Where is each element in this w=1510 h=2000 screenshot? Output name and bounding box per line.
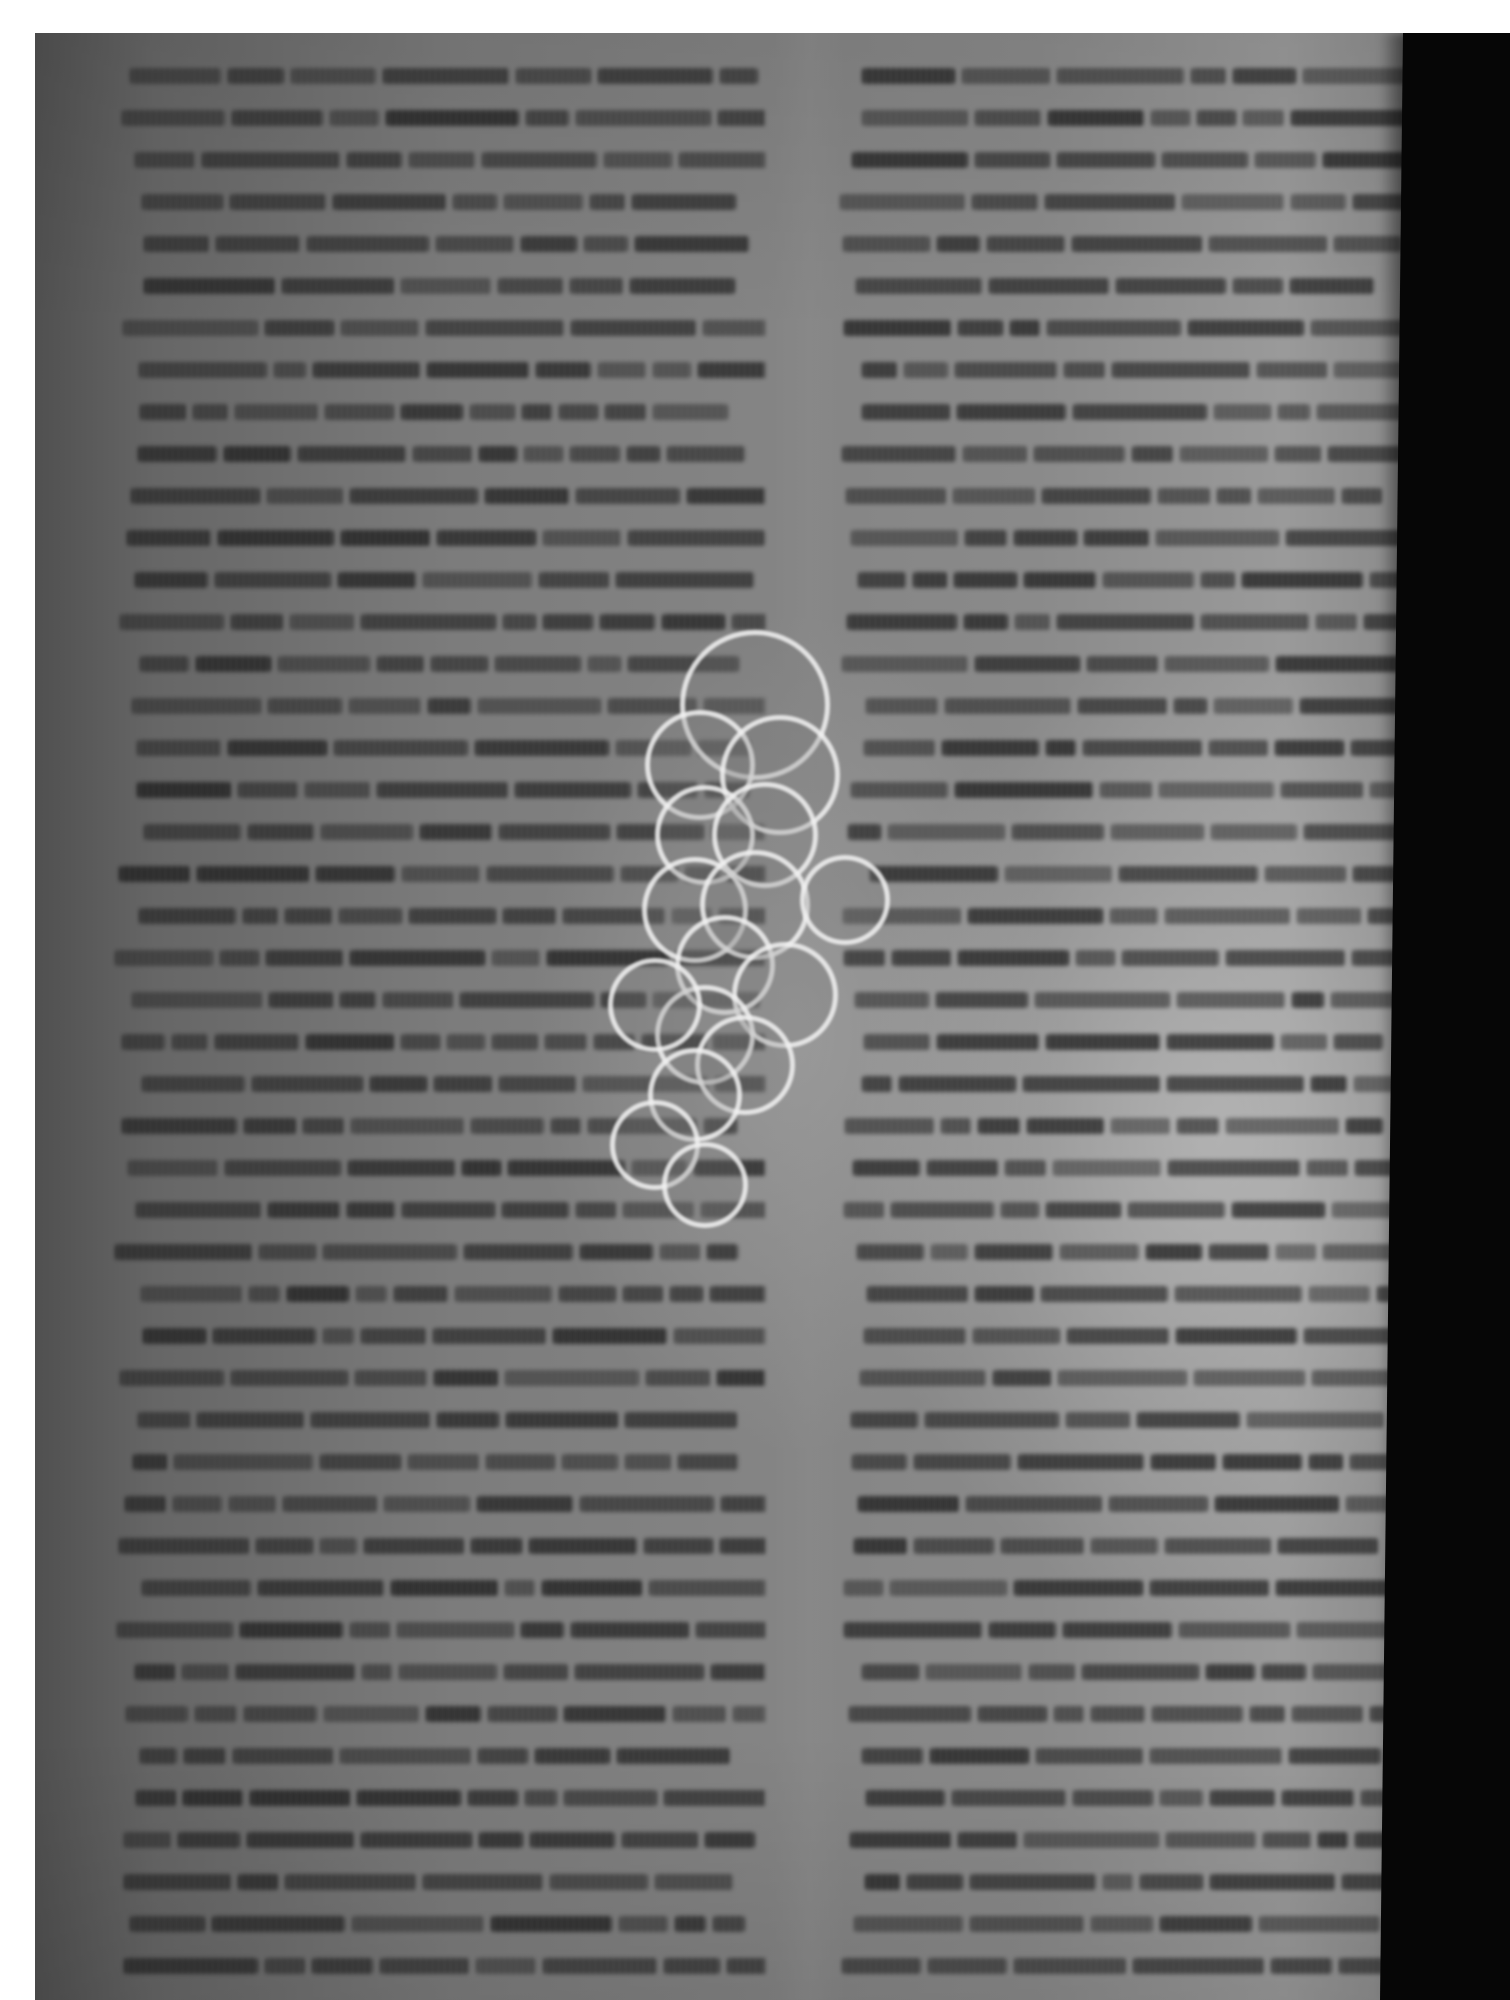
script-word bbox=[130, 1916, 205, 1932]
script-word bbox=[958, 1832, 1017, 1848]
script-line bbox=[115, 517, 765, 559]
script-word bbox=[1057, 68, 1184, 84]
script-word bbox=[383, 992, 453, 1008]
script-word bbox=[1151, 1454, 1216, 1470]
script-word bbox=[1091, 1916, 1153, 1932]
script-word bbox=[1223, 1454, 1302, 1470]
script-word bbox=[462, 1160, 501, 1176]
script-word bbox=[851, 1412, 918, 1428]
script-word bbox=[864, 1328, 966, 1344]
script-word bbox=[1209, 740, 1268, 756]
script-word bbox=[975, 1244, 1053, 1260]
script-word bbox=[324, 1706, 419, 1722]
script-word bbox=[966, 1496, 1102, 1512]
script-word bbox=[851, 782, 948, 798]
script-word bbox=[1259, 1916, 1380, 1932]
script-word bbox=[1014, 1580, 1143, 1596]
script-word bbox=[125, 1496, 166, 1512]
script-line bbox=[115, 433, 765, 475]
script-word bbox=[391, 1580, 498, 1596]
script-word bbox=[953, 488, 1035, 504]
script-line bbox=[115, 139, 765, 181]
script-word bbox=[1226, 1118, 1339, 1134]
script-word bbox=[140, 656, 189, 672]
script-word bbox=[1137, 1412, 1240, 1428]
script-word bbox=[285, 1874, 416, 1890]
script-word bbox=[718, 110, 765, 126]
script-word bbox=[325, 404, 394, 420]
script-word bbox=[1091, 1706, 1145, 1722]
script-line bbox=[840, 1147, 1410, 1189]
script-word bbox=[1091, 1538, 1158, 1554]
script-word bbox=[471, 1538, 522, 1554]
script-word bbox=[1201, 614, 1309, 630]
script-word bbox=[698, 362, 765, 378]
script-word bbox=[1024, 1832, 1159, 1848]
script-line bbox=[840, 307, 1410, 349]
script-word bbox=[892, 950, 951, 966]
script-word bbox=[402, 866, 480, 882]
script-word bbox=[266, 950, 343, 966]
script-word bbox=[617, 1748, 730, 1764]
script-word bbox=[183, 1790, 243, 1806]
script-word bbox=[972, 194, 1038, 210]
script-word bbox=[655, 1874, 733, 1890]
script-line bbox=[115, 1441, 765, 1483]
script-word bbox=[265, 320, 334, 336]
script-line bbox=[115, 1399, 765, 1441]
script-word bbox=[844, 1580, 883, 1596]
script-word bbox=[370, 1076, 427, 1092]
script-word bbox=[1046, 1034, 1160, 1050]
script-word bbox=[1158, 488, 1210, 504]
script-word bbox=[133, 1454, 167, 1470]
script-word bbox=[437, 530, 536, 546]
script-word bbox=[1194, 1370, 1305, 1386]
script-word bbox=[1119, 866, 1258, 882]
script-word bbox=[844, 1622, 982, 1638]
script-word bbox=[321, 824, 413, 840]
script-word bbox=[530, 1832, 615, 1848]
script-word bbox=[178, 1832, 240, 1848]
script-line bbox=[840, 769, 1410, 811]
script-word bbox=[478, 1748, 528, 1764]
script-word bbox=[937, 1034, 1039, 1050]
script-word bbox=[843, 236, 930, 252]
script-word bbox=[955, 362, 1057, 378]
script-word bbox=[252, 1076, 363, 1092]
script-line bbox=[840, 601, 1410, 643]
script-word bbox=[1209, 236, 1327, 252]
script-word bbox=[1247, 1412, 1384, 1428]
script-word bbox=[423, 572, 532, 588]
script-word bbox=[1265, 866, 1346, 882]
script-word bbox=[140, 1748, 177, 1764]
script-word bbox=[598, 362, 646, 378]
script-word bbox=[1140, 1874, 1203, 1890]
script-word bbox=[1250, 1706, 1285, 1722]
script-word bbox=[899, 1076, 1016, 1092]
script-word bbox=[291, 68, 376, 84]
script-word bbox=[989, 278, 1109, 294]
script-word bbox=[124, 1958, 258, 1974]
script-word bbox=[1005, 1160, 1046, 1176]
script-word bbox=[218, 530, 334, 546]
script-word bbox=[521, 236, 577, 252]
script-word bbox=[478, 698, 601, 714]
script-word bbox=[941, 1118, 971, 1134]
script-word bbox=[141, 1286, 242, 1302]
script-word bbox=[580, 1244, 653, 1260]
script-word bbox=[453, 194, 497, 210]
script-word bbox=[243, 908, 278, 924]
script-word bbox=[1082, 1664, 1199, 1680]
right-text-column bbox=[840, 55, 1410, 2000]
script-line bbox=[115, 1819, 765, 1861]
script-word bbox=[703, 320, 765, 336]
script-word bbox=[137, 740, 221, 756]
script-line bbox=[115, 559, 765, 601]
script-word bbox=[334, 740, 468, 756]
script-word bbox=[571, 320, 696, 336]
script-word bbox=[856, 278, 982, 294]
script-word bbox=[428, 698, 471, 714]
script-word bbox=[584, 236, 628, 252]
script-word bbox=[361, 614, 496, 630]
script-word bbox=[231, 1370, 348, 1386]
script-word bbox=[306, 1034, 394, 1050]
script-line bbox=[115, 1651, 765, 1693]
script-word bbox=[120, 614, 224, 630]
script-word bbox=[1243, 110, 1284, 126]
script-word bbox=[491, 1916, 612, 1932]
script-line bbox=[840, 1315, 1410, 1357]
script-word bbox=[215, 572, 331, 588]
script-word bbox=[1036, 1748, 1143, 1764]
script-word bbox=[228, 68, 284, 84]
script-word bbox=[492, 1034, 538, 1050]
script-word bbox=[1292, 1706, 1363, 1722]
script-word bbox=[590, 194, 625, 210]
script-word bbox=[705, 1832, 755, 1848]
script-word bbox=[630, 278, 735, 294]
script-line bbox=[115, 1315, 765, 1357]
script-word bbox=[124, 1874, 231, 1890]
script-word bbox=[1290, 278, 1374, 294]
script-word bbox=[503, 614, 536, 630]
script-word bbox=[653, 404, 728, 420]
script-word bbox=[128, 1160, 218, 1176]
script-word bbox=[434, 1370, 498, 1386]
script-word bbox=[1014, 530, 1077, 546]
script-word bbox=[913, 572, 947, 588]
script-word bbox=[426, 1706, 481, 1722]
stain-circle bbox=[662, 1142, 748, 1228]
script-word bbox=[259, 1244, 316, 1260]
script-word bbox=[1042, 488, 1151, 504]
script-word bbox=[307, 236, 429, 252]
script-line bbox=[840, 1021, 1410, 1063]
script-word bbox=[978, 1706, 1047, 1722]
script-word bbox=[1063, 1622, 1172, 1638]
script-word bbox=[1122, 950, 1219, 966]
script-word bbox=[564, 1706, 666, 1722]
script-word bbox=[137, 782, 231, 798]
script-line bbox=[840, 1651, 1410, 1693]
script-word bbox=[713, 1916, 745, 1932]
script-line bbox=[115, 601, 765, 643]
script-word bbox=[1109, 1496, 1208, 1512]
script-line bbox=[840, 1231, 1410, 1273]
script-word bbox=[955, 782, 1093, 798]
script-word bbox=[989, 1622, 1056, 1638]
script-word bbox=[993, 1370, 1051, 1386]
script-word bbox=[1015, 614, 1050, 630]
script-word bbox=[120, 1370, 224, 1386]
script-word bbox=[235, 404, 318, 420]
script-word bbox=[347, 1202, 395, 1218]
script-word bbox=[135, 572, 208, 588]
script-line bbox=[115, 1357, 765, 1399]
script-word bbox=[361, 1328, 426, 1344]
script-word bbox=[623, 1286, 663, 1302]
script-word bbox=[1275, 740, 1344, 756]
script-word bbox=[570, 278, 623, 294]
script-word bbox=[1276, 1580, 1395, 1596]
script-word bbox=[710, 1286, 765, 1302]
stain-circle bbox=[800, 855, 890, 945]
script-word bbox=[122, 110, 225, 126]
script-word bbox=[571, 1622, 689, 1638]
script-word bbox=[1276, 1244, 1316, 1260]
script-word bbox=[1034, 446, 1125, 462]
script-word bbox=[522, 404, 552, 420]
script-word bbox=[536, 362, 591, 378]
script-word bbox=[535, 1748, 610, 1764]
script-word bbox=[1001, 1202, 1039, 1218]
script-word bbox=[542, 1580, 642, 1596]
script-word bbox=[380, 1958, 469, 1974]
script-word bbox=[1342, 488, 1382, 504]
script-word bbox=[521, 1622, 564, 1638]
script-word bbox=[132, 698, 261, 714]
script-word bbox=[1206, 1664, 1255, 1680]
script-word bbox=[937, 236, 980, 252]
script-word bbox=[605, 404, 646, 420]
script-word bbox=[320, 1538, 357, 1554]
script-word bbox=[139, 362, 267, 378]
script-word bbox=[973, 1328, 1060, 1344]
script-line bbox=[115, 1945, 765, 1987]
script-word bbox=[340, 1748, 471, 1764]
script-word bbox=[122, 1118, 237, 1134]
script-word bbox=[142, 1580, 251, 1596]
script-word bbox=[1177, 992, 1285, 1008]
script-word bbox=[855, 992, 929, 1008]
script-word bbox=[1182, 194, 1284, 210]
script-word bbox=[1282, 1790, 1354, 1806]
script-word bbox=[516, 68, 591, 84]
script-word bbox=[355, 1370, 427, 1386]
script-word bbox=[852, 152, 968, 168]
script-word bbox=[670, 1286, 703, 1302]
script-word bbox=[926, 1664, 1022, 1680]
script-word bbox=[975, 152, 1050, 168]
script-line bbox=[115, 1693, 765, 1735]
script-word bbox=[142, 1076, 245, 1092]
script-word bbox=[212, 1916, 345, 1932]
script-word bbox=[431, 656, 488, 672]
script-word bbox=[341, 530, 430, 546]
script-word bbox=[377, 782, 508, 798]
script-word bbox=[711, 1664, 765, 1680]
script-word bbox=[862, 362, 897, 378]
script-line bbox=[840, 181, 1410, 223]
script-word bbox=[625, 1454, 671, 1470]
script-word bbox=[1150, 1748, 1282, 1764]
script-word bbox=[619, 1916, 668, 1932]
script-word bbox=[1292, 992, 1324, 1008]
script-word bbox=[649, 1580, 765, 1596]
script-word bbox=[857, 1244, 924, 1260]
script-word bbox=[427, 362, 529, 378]
script-word bbox=[978, 1118, 1020, 1134]
script-word bbox=[928, 1958, 1007, 1974]
script-word bbox=[564, 1790, 657, 1806]
script-word bbox=[193, 404, 228, 420]
script-word bbox=[576, 488, 680, 504]
script-word bbox=[842, 656, 968, 672]
script-word bbox=[888, 824, 1005, 840]
script-word bbox=[269, 992, 333, 1008]
script-word bbox=[1128, 1202, 1225, 1218]
script-line bbox=[840, 811, 1410, 853]
script-word bbox=[931, 1244, 968, 1260]
script-word bbox=[632, 194, 736, 210]
script-word bbox=[957, 404, 1066, 420]
script-word bbox=[477, 1496, 573, 1512]
script-word bbox=[351, 1118, 464, 1134]
script-word bbox=[361, 1832, 472, 1848]
script-word bbox=[598, 68, 713, 84]
script-word bbox=[502, 1202, 569, 1218]
script-word bbox=[131, 488, 260, 504]
script-word bbox=[622, 1832, 698, 1848]
script-word bbox=[925, 1412, 1059, 1428]
script-word bbox=[862, 404, 950, 420]
script-line bbox=[840, 97, 1410, 139]
script-word bbox=[970, 1874, 1096, 1890]
script-word bbox=[305, 782, 370, 798]
script-word bbox=[347, 152, 402, 168]
script-word bbox=[580, 1496, 714, 1512]
script-line bbox=[840, 391, 1410, 433]
script-word bbox=[233, 1748, 333, 1764]
script-word bbox=[674, 1328, 765, 1344]
script-word bbox=[311, 1412, 430, 1428]
script-word bbox=[673, 1706, 726, 1722]
script-word bbox=[136, 1202, 261, 1218]
script-word bbox=[635, 236, 749, 252]
script-word bbox=[283, 1496, 377, 1512]
script-word bbox=[364, 1538, 464, 1554]
script-word bbox=[1132, 446, 1173, 462]
script-word bbox=[559, 1286, 616, 1302]
script-word bbox=[1100, 782, 1152, 798]
script-word bbox=[265, 1958, 305, 1974]
script-line bbox=[115, 1231, 765, 1273]
script-word bbox=[570, 446, 620, 462]
script-word bbox=[506, 1412, 618, 1428]
script-word bbox=[667, 446, 745, 462]
script-line bbox=[840, 1567, 1410, 1609]
script-word bbox=[330, 110, 379, 126]
script-word bbox=[862, 1748, 923, 1764]
script-word bbox=[1160, 1790, 1203, 1806]
script-word bbox=[968, 908, 1103, 924]
script-word bbox=[1307, 1160, 1348, 1176]
script-line bbox=[840, 1357, 1410, 1399]
script-word bbox=[1103, 572, 1194, 588]
script-word bbox=[1289, 1748, 1381, 1764]
script-word bbox=[732, 614, 765, 630]
script-word bbox=[1168, 1160, 1300, 1176]
script-word bbox=[230, 194, 326, 210]
script-word bbox=[1311, 1076, 1347, 1092]
script-word bbox=[316, 866, 395, 882]
script-word bbox=[862, 110, 968, 126]
script-line bbox=[840, 475, 1410, 517]
script-word bbox=[1257, 362, 1327, 378]
script-word bbox=[1083, 740, 1202, 756]
script-word bbox=[975, 656, 1080, 672]
manuscript-image bbox=[35, 33, 1510, 2000]
script-word bbox=[1165, 908, 1290, 924]
script-word bbox=[285, 908, 332, 924]
script-word bbox=[313, 362, 420, 378]
script-word bbox=[1018, 1454, 1144, 1470]
script-word bbox=[1116, 278, 1226, 294]
script-line bbox=[115, 391, 765, 433]
script-word bbox=[727, 1958, 765, 1974]
script-word bbox=[1278, 404, 1310, 420]
script-word bbox=[244, 1706, 317, 1722]
script-word bbox=[202, 152, 340, 168]
script-word bbox=[394, 1286, 448, 1302]
script-word bbox=[1210, 1790, 1275, 1806]
script-word bbox=[1073, 404, 1207, 420]
script-word bbox=[132, 992, 262, 1008]
script-word bbox=[124, 1832, 171, 1848]
script-word bbox=[1281, 1034, 1327, 1050]
script-word bbox=[588, 656, 621, 672]
script-word bbox=[525, 1790, 557, 1806]
script-word bbox=[197, 1412, 304, 1428]
script-word bbox=[965, 530, 1007, 546]
script-word bbox=[352, 1916, 484, 1932]
script-word bbox=[119, 1538, 249, 1554]
script-line bbox=[840, 1063, 1410, 1105]
script-word bbox=[1151, 110, 1190, 126]
script-word bbox=[225, 1160, 341, 1176]
script-word bbox=[865, 1874, 900, 1890]
script-word bbox=[720, 68, 758, 84]
script-word bbox=[138, 1412, 190, 1428]
script-word bbox=[576, 1202, 616, 1218]
script-line bbox=[840, 349, 1410, 391]
script-word bbox=[1087, 656, 1158, 672]
script-word bbox=[678, 1454, 738, 1470]
